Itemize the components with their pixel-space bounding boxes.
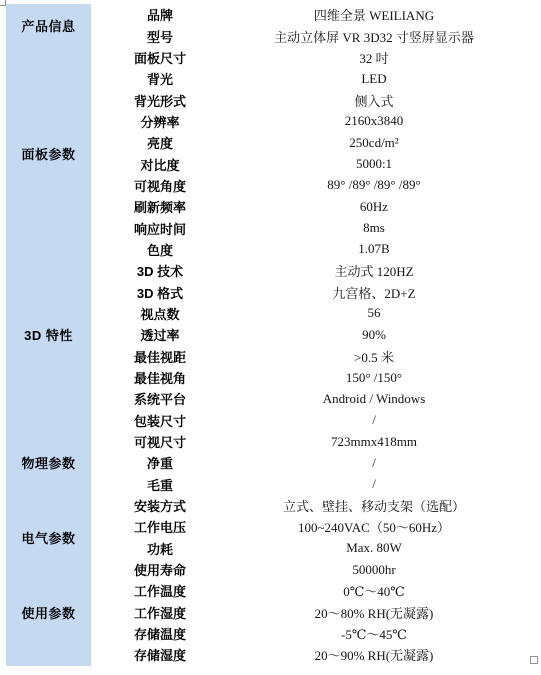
param-name: 可视尺寸 — [91, 431, 229, 452]
param-name: 型号 — [91, 25, 229, 46]
param-name: 包装尺寸 — [91, 410, 229, 431]
param-value: 20～80% RH(无凝露) — [229, 602, 519, 623]
param-value: / — [229, 452, 519, 473]
param-name: 工作湿度 — [91, 602, 229, 623]
section-label: 使用参数 — [6, 559, 91, 666]
param-name: 面板尺寸 — [91, 47, 229, 68]
param-value: 50000hr — [229, 559, 519, 580]
param-name: 刷新频率 — [91, 196, 229, 217]
param-name: 亮度 — [91, 132, 229, 153]
section-label: 电气参数 — [6, 516, 91, 559]
param-value: 723mmx418mm — [229, 431, 519, 452]
param-name: 净重 — [91, 452, 229, 473]
param-name: 对比度 — [91, 153, 229, 174]
param-value: Max. 80W — [229, 538, 519, 559]
param-value: 90% — [229, 324, 519, 345]
param-value: / — [229, 410, 519, 431]
param-name: 最佳视距 — [91, 346, 229, 367]
param-value: 250cd/m² — [229, 132, 519, 153]
param-value: 主动立体屏 VR 3D32 寸竖屏显示器 — [229, 25, 519, 46]
section-label: 3D 特性 — [6, 260, 91, 409]
param-name: 品牌 — [91, 4, 229, 25]
param-name: 存储温度 — [91, 623, 229, 644]
param-name: 系统平台 — [91, 388, 229, 409]
param-name: 分辨率 — [91, 111, 229, 132]
param-value: LED — [229, 68, 519, 89]
param-name: 存储湿度 — [91, 644, 229, 665]
param-value: 0℃～40℃ — [229, 580, 519, 601]
param-value: 立式、壁挂、移动支架（选配） — [229, 495, 519, 516]
param-name: 背光形式 — [91, 89, 229, 110]
param-name: 毛重 — [91, 474, 229, 495]
param-value: 150° /150° — [229, 367, 519, 388]
section-label: 面板参数 — [6, 47, 91, 260]
param-value: 四维全景 WEILIANG — [229, 4, 519, 25]
table-move-handle-icon[interactable] — [0, 0, 6, 6]
param-value: / — [229, 474, 519, 495]
param-name: 色度 — [91, 239, 229, 260]
param-value: 九宫格、2D+Z — [229, 281, 519, 302]
param-name: 视点数 — [91, 303, 229, 324]
param-name: 3D 格式 — [91, 281, 229, 302]
param-value: 2160x3840 — [229, 111, 519, 132]
section-label: 产品信息 — [6, 4, 91, 47]
param-value: 32 吋 — [229, 47, 519, 68]
param-name: 响应时间 — [91, 217, 229, 238]
param-value: 100~240VAC（50～60Hz） — [229, 516, 519, 537]
param-value: 60Hz — [229, 196, 519, 217]
param-name: 安装方式 — [91, 495, 229, 516]
param-value: 5000:1 — [229, 153, 519, 174]
param-name: 使用寿命 — [91, 559, 229, 580]
param-value: >0.5 米 — [229, 346, 519, 367]
param-name: 功耗 — [91, 538, 229, 559]
param-name: 工作电压 — [91, 516, 229, 537]
param-name: 可视角度 — [91, 175, 229, 196]
param-name: 工作温度 — [91, 580, 229, 601]
param-name: 最佳视角 — [91, 367, 229, 388]
param-value: 89° /89° /89° /89° — [229, 175, 519, 196]
param-value: Android / Windows — [229, 388, 519, 409]
param-value: 1.07B — [229, 239, 519, 260]
table-resize-handle-icon[interactable] — [530, 656, 538, 664]
param-value: 侧入式 — [229, 89, 519, 110]
param-value: -5℃～45℃ — [229, 623, 519, 644]
param-name: 背光 — [91, 68, 229, 89]
param-value: 20～90% RH(无凝露) — [229, 644, 519, 665]
param-value: 主动式 120HZ — [229, 260, 519, 281]
spec-table: 产品信息品牌四维全景 WEILIANG型号主动立体屏 VR 3D32 寸竖屏显示… — [6, 4, 519, 666]
param-name: 透过率 — [91, 324, 229, 345]
param-value: 56 — [229, 303, 519, 324]
param-name: 3D 技术 — [91, 260, 229, 281]
section-label: 物理参数 — [6, 410, 91, 517]
param-value: 8ms — [229, 217, 519, 238]
